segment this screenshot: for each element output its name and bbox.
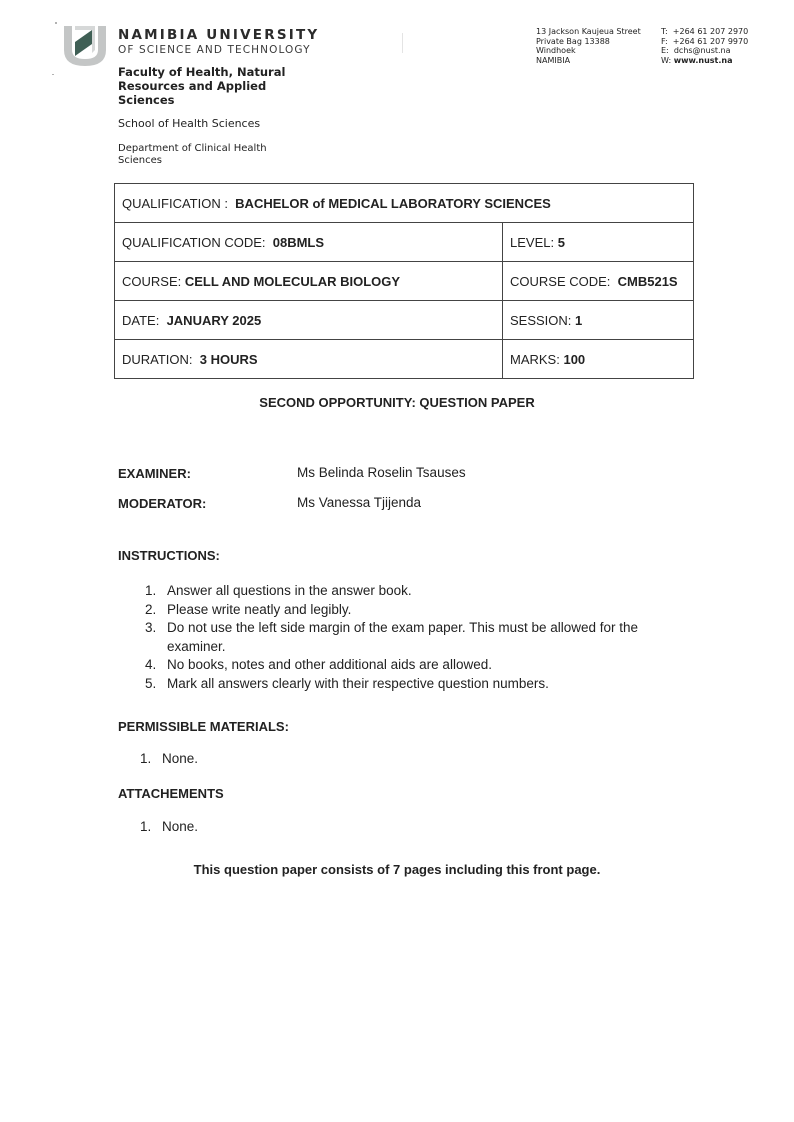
paper-subtitle: SECOND OPPORTUNITY: QUESTION PAPER (0, 395, 794, 410)
marks-value: 100 (563, 352, 585, 367)
list-item: 3.Do not use the left side margin of the… (145, 619, 667, 656)
address-line: Windhoek (536, 46, 641, 56)
session-value: 1 (575, 313, 582, 328)
duration-cell: DURATION: 3 HOURS (115, 340, 503, 379)
contact-email: E: dchs@nust.na (661, 46, 748, 56)
list-item: 1.Answer all questions in the answer boo… (145, 582, 667, 601)
marks-cell: MARKS: 100 (503, 340, 694, 379)
contact-fax: F: +264 61 207 9970 (661, 37, 748, 47)
scan-speck (402, 33, 403, 53)
attachments-heading: ATTACHEMENTS (118, 786, 224, 801)
session-cell: SESSION: 1 (503, 301, 694, 340)
date-value: JANUARY 2025 (167, 313, 262, 328)
attachments-item: 1.None. (140, 819, 198, 834)
school-name: School of Health Sciences (118, 117, 260, 130)
level-value: 5 (558, 235, 565, 250)
address-line: 13 Jackson Kaujeua Street (536, 27, 641, 37)
qualification-code-cell: QUALIFICATION CODE: 08BMLS (115, 223, 503, 262)
list-item: 2.Please write neatly and legibly. (145, 601, 667, 620)
address-line: Private Bag 13388 (536, 37, 641, 47)
qualification-value: BACHELOR of MEDICAL LABORATORY SCIENCES (235, 196, 551, 211)
permissible-materials-item: 1.None. (140, 751, 198, 766)
page-count-note: This question paper consists of 7 pages … (0, 862, 794, 877)
moderator-name: Ms Vanessa Tjijenda (297, 495, 421, 510)
address-block: 13 Jackson Kaujeua Street Private Bag 13… (536, 27, 641, 65)
list-item: 5.Mark all answers clearly with their re… (145, 675, 667, 694)
permissible-materials-heading: PERMISSIBLE MATERIALS: (118, 719, 289, 734)
instructions-list: 1.Answer all questions in the answer boo… (145, 582, 667, 693)
duration-row: DURATION: 3 HOURS MARKS: 100 (115, 340, 694, 379)
faculty-name: Faculty of Health, Natural Resources and… (118, 65, 308, 107)
scan-speck (52, 74, 54, 75)
course-row: COURSE: CELL AND MOLECULAR BIOLOGY COURS… (115, 262, 694, 301)
moderator-label: MODERATOR: (118, 496, 206, 511)
course-code-cell: COURSE CODE: CMB521S (503, 262, 694, 301)
qualification-code-row: QUALIFICATION CODE: 08BMLS LEVEL: 5 (115, 223, 694, 262)
qualification-code-value: 08BMLS (273, 235, 324, 250)
qualification-cell: QUALIFICATION : BACHELOR of MEDICAL LABO… (115, 184, 694, 223)
course-value: CELL AND MOLECULAR BIOLOGY (185, 274, 400, 289)
contact-block: T: +264 61 207 2970 F: +264 61 207 9970 … (661, 27, 748, 65)
address-line: NAMIBIA (536, 56, 641, 66)
contact-website: W: www.nust.na (661, 56, 748, 66)
duration-value: 3 HOURS (200, 352, 258, 367)
list-item: 4.No books, notes and other additional a… (145, 656, 667, 675)
scan-speck (55, 22, 57, 24)
exam-info-table: QUALIFICATION : BACHELOR of MEDICAL LABO… (114, 183, 694, 379)
university-name: NAMIBIA UNIVERSITY (118, 27, 319, 43)
department-name: Department of Clinical Health Sciences (118, 143, 278, 167)
level-cell: LEVEL: 5 (503, 223, 694, 262)
course-code-value: CMB521S (618, 274, 678, 289)
examiner-name: Ms Belinda Roselin Tsauses (297, 465, 466, 480)
contact-phone: T: +264 61 207 2970 (661, 27, 748, 37)
date-cell: DATE: JANUARY 2025 (115, 301, 503, 340)
university-subtitle: OF SCIENCE AND TECHNOLOGY (118, 44, 311, 56)
date-row: DATE: JANUARY 2025 SESSION: 1 (115, 301, 694, 340)
instructions-heading: INSTRUCTIONS: (118, 548, 220, 563)
qualification-row: QUALIFICATION : BACHELOR of MEDICAL LABO… (115, 184, 694, 223)
course-cell: COURSE: CELL AND MOLECULAR BIOLOGY (115, 262, 503, 301)
nust-logo-icon (60, 20, 110, 68)
examiner-label: EXAMINER: (118, 466, 191, 481)
